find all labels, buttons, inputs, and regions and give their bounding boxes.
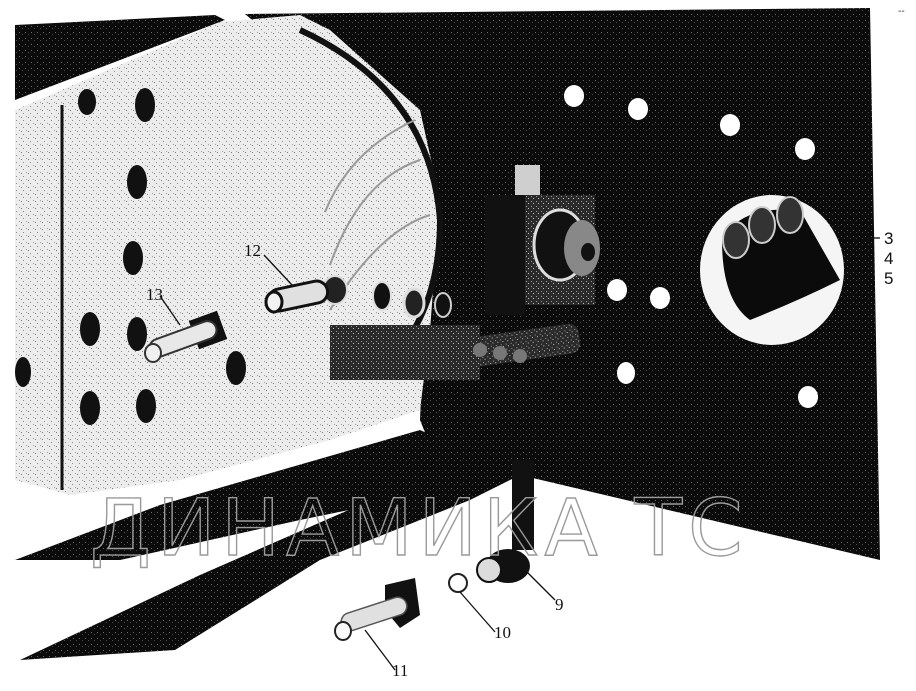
callout-4: 4 — [884, 249, 893, 268]
part-11-bolt — [335, 578, 420, 640]
callout-3: 3 — [884, 229, 893, 248]
part-10-washer — [449, 574, 467, 592]
callout-13: 13 — [146, 285, 163, 304]
watermark: ДИНАМИКА ТС — [90, 484, 749, 574]
port-ring — [700, 195, 844, 345]
callout-11: 11 — [392, 661, 408, 680]
callout-9: 9 — [555, 595, 564, 614]
mounting-plate — [15, 15, 440, 495]
corner-mark: ‐‐ — [898, 6, 905, 17]
callout-10: 10 — [494, 623, 511, 642]
callout-12: 12 — [244, 241, 261, 260]
parts-diagram: ДИНАМИКА ТС 3 4 5 9 10 11 12 13 ‐‐ — [0, 0, 916, 691]
callout-5: 5 — [884, 269, 893, 288]
